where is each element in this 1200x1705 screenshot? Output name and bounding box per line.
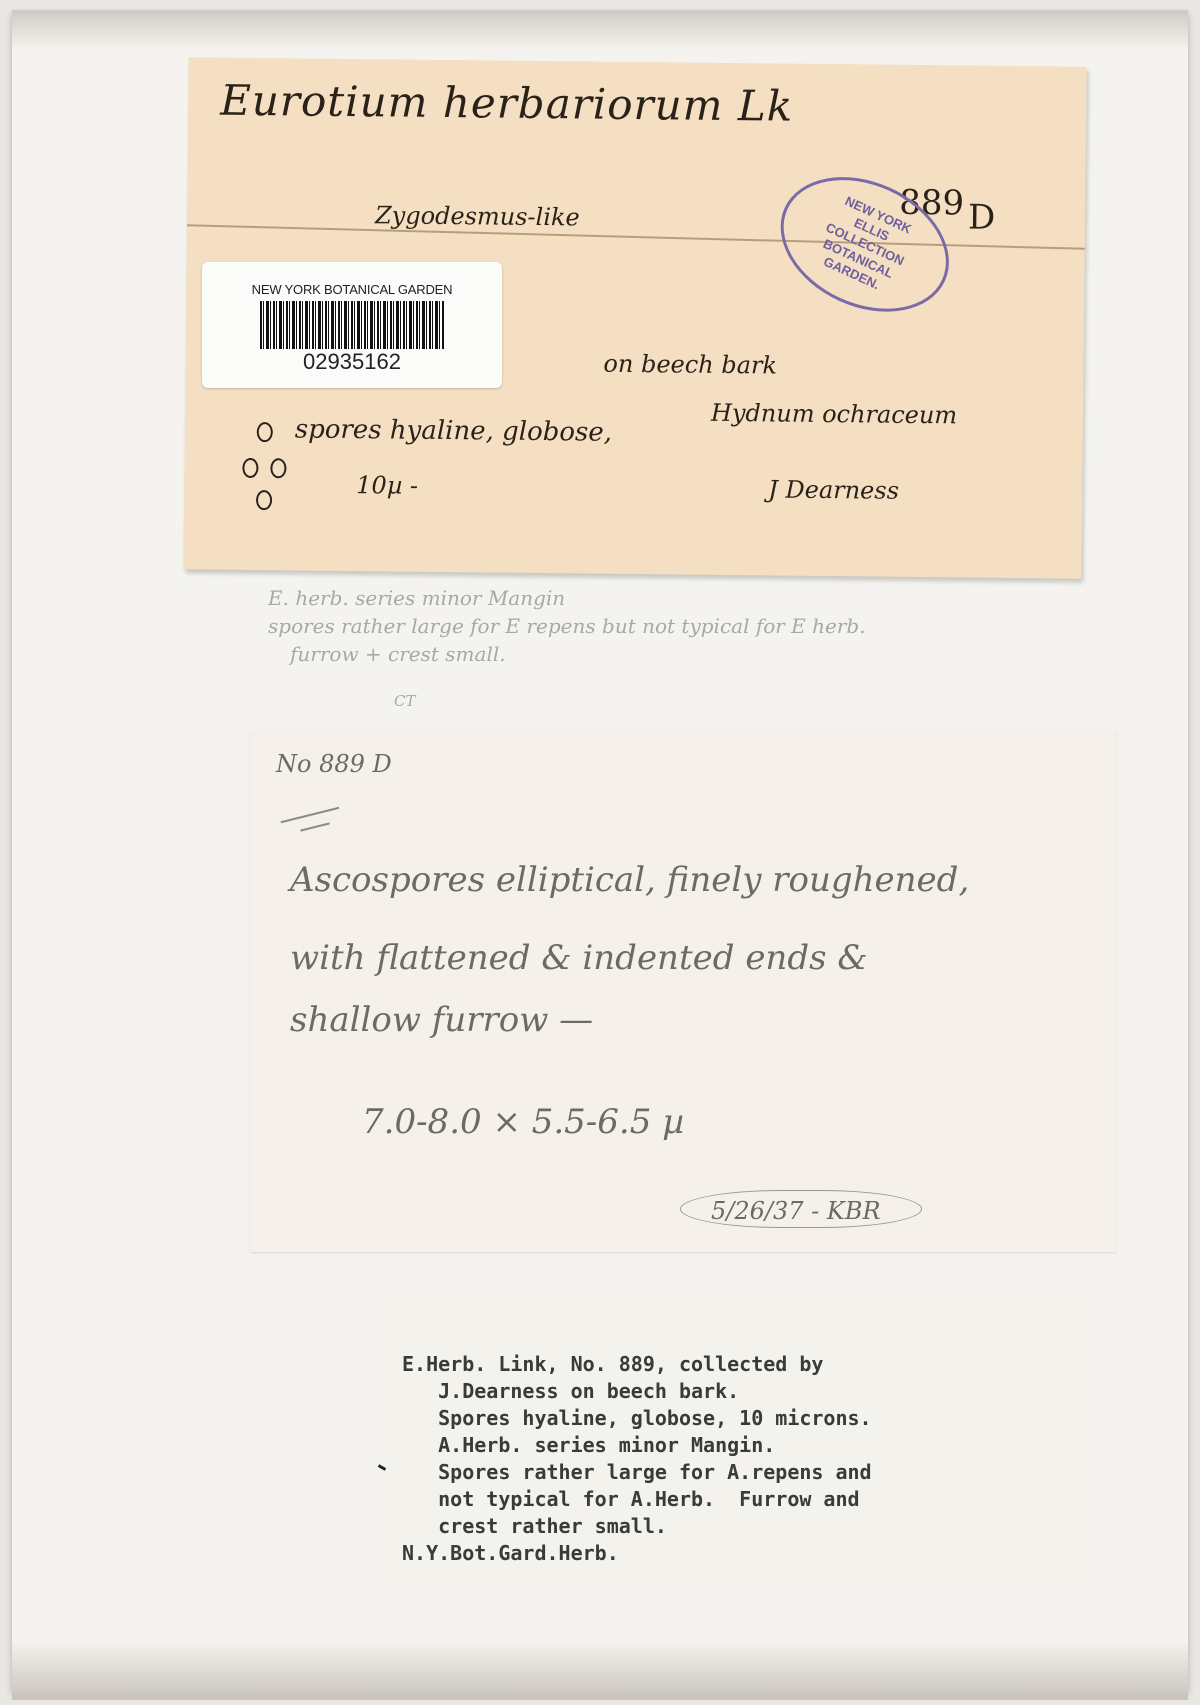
host-note: Hydnum ochraceum: [711, 399, 957, 430]
pencil-note-initials: CT: [394, 692, 415, 710]
barcode-icon: [260, 301, 444, 349]
card-description-line: with flattened & indented ends &: [290, 938, 868, 978]
typed-line: E.Herb. Link, No. 889, collected by: [402, 1351, 823, 1378]
typed-line: not typical for A.Herb. Furrow and: [402, 1486, 860, 1513]
typed-line: J.Dearness on beech bark.: [402, 1378, 739, 1405]
specimen-number-suffix: D: [968, 197, 996, 237]
substrate-note: on beech bark: [603, 350, 777, 380]
determination-card: No 889 D Ascospores elliptical, finely r…: [250, 730, 1116, 1252]
underline-mark: [281, 807, 340, 823]
barcode-number: 02935162: [202, 349, 502, 375]
ellis-collection-stamp: NEW YORK ELLIS COLLECTION BOTANICAL GARD…: [759, 151, 971, 337]
card-description-line: Ascospores elliptical, finely roughened,: [290, 860, 969, 900]
envelope-flap-edge: [187, 224, 1085, 250]
typed-label: E.Herb. Link, No. 889, collected by J.De…: [372, 1293, 1098, 1597]
taxon-name: Eurotium herbariorum Lk: [220, 76, 793, 131]
pencil-note-line: E. herb. series minor Mangin: [268, 586, 565, 610]
spore-measurement: 7.0-8.0 × 5.5-6.5 µ: [362, 1102, 684, 1142]
sheet-top-shadow: [12, 10, 1188, 50]
collector-signature: J Dearness: [768, 475, 899, 504]
spore-sketch-icon: [270, 458, 286, 478]
pencil-note-line: furrow + crest small.: [290, 642, 506, 666]
spore-size: 10µ -: [356, 471, 418, 500]
typed-line: N.Y.Bot.Gard.Herb.: [402, 1540, 619, 1567]
typed-line: Spores hyaline, globose, 10 microns.: [402, 1405, 872, 1432]
barcode-institution: NEW YORK BOTANICAL GARDEN: [202, 282, 502, 297]
underline-mark: [300, 822, 330, 831]
barcode-label: NEW YORK BOTANICAL GARDEN 02935162: [202, 262, 502, 388]
determination-date: 5/26/37 - KBR: [680, 1190, 922, 1228]
spore-description: spores hyaline, globose,: [295, 414, 612, 447]
typed-line: A.Herb. series minor Mangin.: [402, 1432, 775, 1459]
card-number: No 889 D: [276, 750, 392, 778]
sheet-bottom-shadow: [12, 1640, 1188, 1700]
pencil-note-line: spores rather large for E repens but not…: [268, 614, 866, 638]
card-description-line: shallow furrow —: [290, 1000, 593, 1040]
spore-sketch-icon: [242, 458, 258, 478]
typed-line: Spores rather large for A.repens and: [402, 1459, 872, 1486]
morphology-note: Zygodesmus-like: [375, 201, 580, 231]
typed-line: crest rather small.: [402, 1513, 667, 1540]
spore-sketch-icon: [256, 490, 272, 510]
spore-sketch-icon: [257, 422, 273, 442]
